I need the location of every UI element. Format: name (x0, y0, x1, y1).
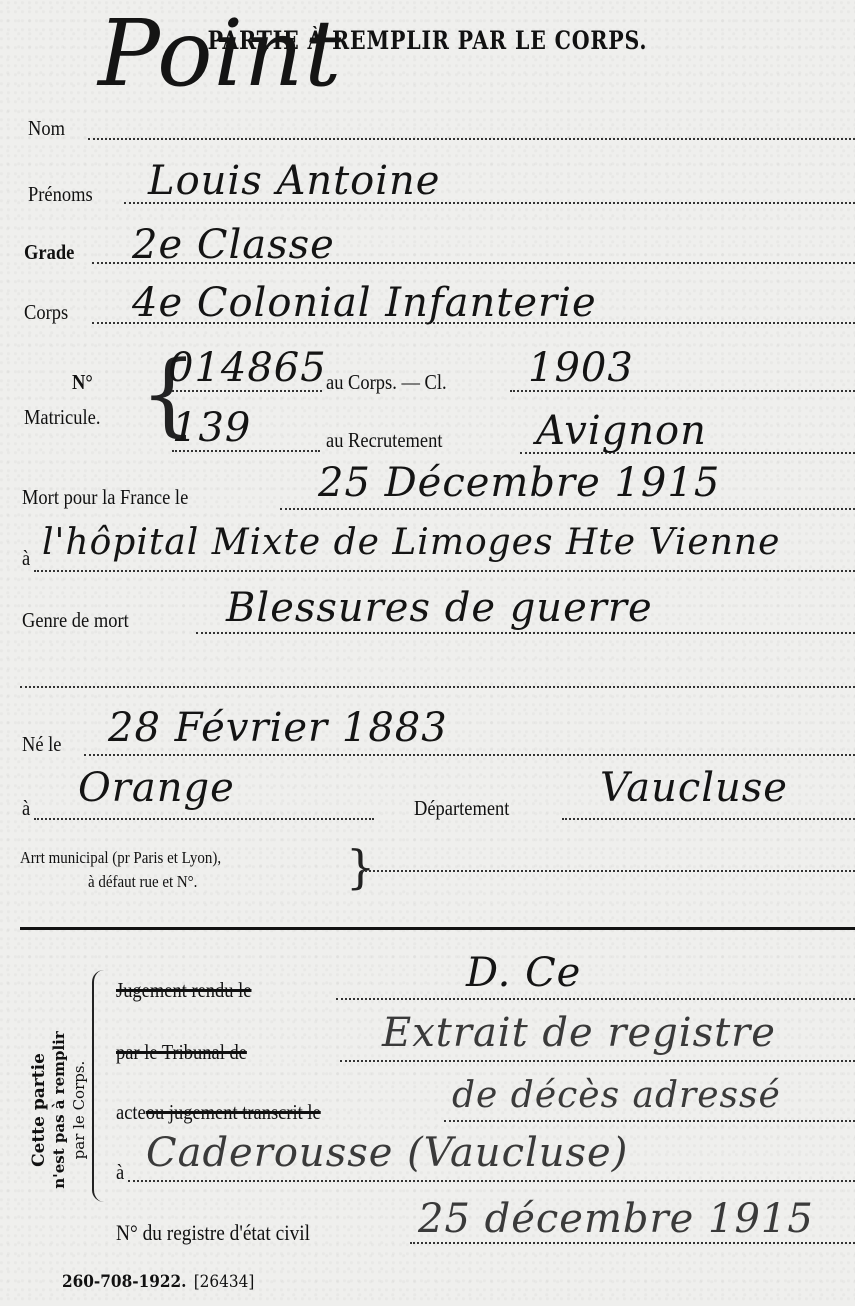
lieu-deces-value: l'hôpital Mixte de Limoges Hte Vienne (42, 522, 780, 563)
au-corps-value: 014865 (168, 345, 327, 391)
side-note-line2: n'est pas à remplir (49, 1010, 69, 1210)
classe-value: 1903 (528, 345, 634, 391)
tribunal-line (340, 1060, 855, 1062)
lieu-line (128, 1180, 855, 1182)
arr-label-line1: Arrt municipal (pr Paris et Lyon), (20, 848, 221, 868)
corps-label: Corps (24, 300, 68, 325)
arr-line (362, 870, 855, 872)
matricule-no-label: N° (72, 370, 93, 395)
tribunal-label: par le Tribunal de (116, 1040, 247, 1065)
lower-brace (92, 970, 104, 1202)
acte-value: de décès adressé (452, 1075, 781, 1116)
death-record-card: PARTIE À REMPLIR PAR LE CORPS. Nom Point… (0, 0, 855, 1306)
recrutement-place: Avignon (536, 408, 707, 454)
jugement-line (336, 998, 855, 1000)
arr-brace: } (346, 842, 375, 892)
side-note-line1: Cette partie (29, 1010, 49, 1210)
prenoms-label: Prénoms (28, 182, 93, 207)
ne-le-line (84, 754, 855, 756)
departement-label: Département (414, 796, 509, 821)
side-note: Cette partie n'est pas à remplir par le … (14, 1030, 104, 1190)
lieu-label: à (116, 1160, 124, 1185)
recrutement-line (172, 450, 320, 452)
mort-line (280, 508, 855, 510)
recrutement-label: au Recrutement (326, 428, 442, 453)
acte-label: acteou jugement transcrit le (116, 1100, 321, 1125)
jugement-value: D. Ce (466, 950, 581, 996)
arr-label-line2: à défaut rue et N°. (88, 872, 197, 892)
acte-label-struck: ou jugement transcrit le (146, 1100, 321, 1124)
section-divider (20, 927, 855, 930)
registre-value: 25 décembre 1915 (418, 1196, 814, 1242)
genre-line (196, 632, 855, 634)
jugement-label: Jugement rendu le (116, 978, 251, 1003)
genre-label: Genre de mort (22, 608, 129, 633)
acte-label-plain: acte (116, 1100, 146, 1124)
matricule-label: Matricule. (24, 405, 100, 430)
mort-label: Mort pour la France le (22, 485, 188, 510)
footer-code: 260-708-1922. (62, 1272, 186, 1292)
nom-value: Point (98, 0, 342, 107)
side-note-line3: par le Corps. (69, 1010, 89, 1210)
departement-line (562, 818, 855, 820)
corps-value: 4e Colonial Infanterie (132, 280, 597, 326)
mort-value: 25 Décembre 1915 (318, 460, 720, 506)
au-corps-label: au Corps. — Cl. (326, 370, 447, 395)
registre-label: N° du registre d'état civil (116, 1220, 310, 1246)
footer-ref: [26434] (194, 1272, 255, 1292)
extra-line (20, 686, 855, 688)
au-corps-line (172, 390, 322, 392)
acte-line (444, 1120, 855, 1122)
ne-le-value: 28 Février 1883 (108, 705, 448, 751)
grade-label: Grade (24, 240, 74, 265)
genre-value: Blessures de guerre (226, 585, 653, 631)
nom-line (88, 138, 855, 140)
recrutement-value: 139 (172, 405, 251, 451)
footer: 260-708-1922.[26434] (62, 1272, 254, 1292)
lieu-naissance-value: Orange (78, 765, 235, 811)
grade-value: 2e Classe (132, 222, 335, 268)
lieu-naissance-line (34, 818, 374, 820)
lieu-deces-line (34, 570, 855, 572)
departement-value: Vaucluse (600, 765, 788, 811)
lieu-value: Caderousse (Vaucluse) (146, 1130, 628, 1176)
lieu-naissance-label: à (22, 796, 30, 821)
ne-le-label: Né le (22, 732, 62, 757)
prenoms-value: Louis Antoine (148, 158, 440, 204)
nom-label: Nom (28, 116, 65, 141)
lieu-deces-label: à (22, 546, 30, 571)
tribunal-value: Extrait de registre (382, 1010, 776, 1056)
registre-line (410, 1242, 855, 1244)
